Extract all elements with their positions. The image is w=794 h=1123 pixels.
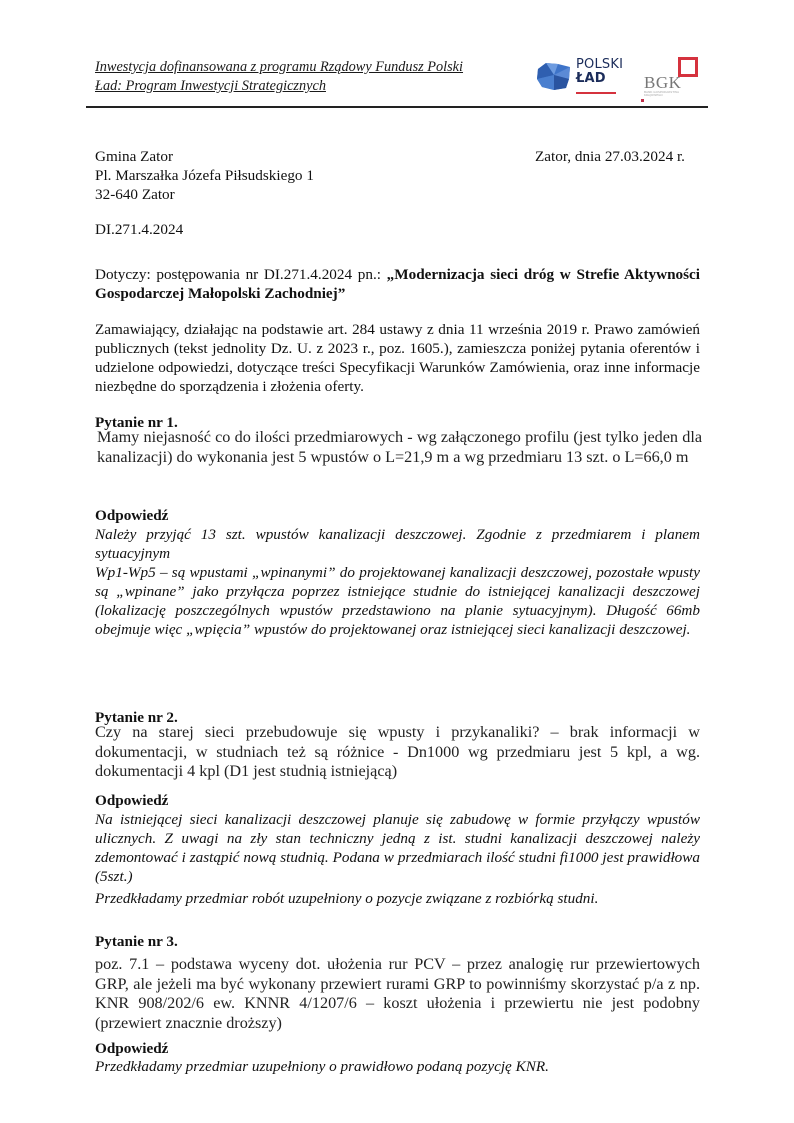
letter-date: Zator, dnia 27.03.2024 r. <box>535 147 685 166</box>
subject: Dotyczy: postępowania nr DI.271.4.2024 p… <box>95 265 700 303</box>
polski-lad-logo: POLSKI ŁAD <box>536 58 626 100</box>
question-2-text: Czy na starej sieci przebudowuje się wpu… <box>95 723 700 782</box>
funding-line-1: Inwestycja dofinansowana z programu Rząd… <box>95 58 525 77</box>
answer-2-heading: Odpowiedź <box>95 791 700 810</box>
reference-number: DI.271.4.2024 <box>95 220 700 239</box>
answer-2-note: Przedkładamy przedmiar robót uzupełniony… <box>95 889 700 908</box>
polski-lad-wordmark: POLSKI ŁAD <box>576 58 623 86</box>
answer-1-text: Należy przyjąć 13 szt. wpustów kanalizac… <box>95 525 700 639</box>
question-3-text: poz. 7.1 – podstawa wyceny dot. ułożenia… <box>95 955 700 1033</box>
poland-map-icon <box>536 61 572 91</box>
answer-3-heading: Odpowiedź <box>95 1039 700 1058</box>
funding-line-2: Ład: Program Inwestycji Strategicznych <box>95 77 525 96</box>
answer-1-heading: Odpowiedź <box>95 506 700 525</box>
document-page: Inwestycja dofinansowana z programu Rząd… <box>0 0 794 1123</box>
polski-lad-underline <box>576 92 616 94</box>
bgk-logo: BGK BANK GOSPODARSTWA KRAJOWEGO <box>640 55 710 103</box>
answer-2-text: Na istniejącej sieci kanalizacji deszczo… <box>95 810 700 886</box>
question-3-heading: Pytanie nr 3. <box>95 932 700 951</box>
intro-paragraph: Zamawiający, działając na podstawie art.… <box>95 320 700 396</box>
answer-3-text: Przedkładamy przedmiar uzupełniony o pra… <box>95 1057 700 1076</box>
question-1-text: Mamy niejasność co do ilości przedmiarow… <box>95 428 702 467</box>
bgk-dot-icon <box>641 99 644 102</box>
funding-notice: Inwestycja dofinansowana z programu Rząd… <box>95 58 525 96</box>
header-divider <box>86 106 708 108</box>
